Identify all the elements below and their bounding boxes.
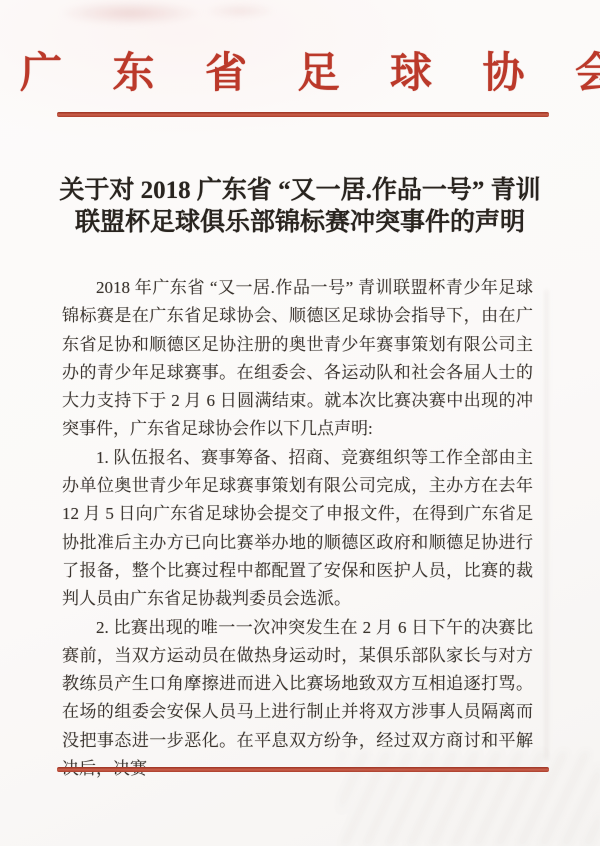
document-title-line2: 联盟杯足球俱乐部锦标赛冲突事件的声明 <box>75 209 525 236</box>
document-title-line1: 关于对 2018 广东省 “又一居.作品一号” 青训 <box>59 177 540 204</box>
scan-artifact-top-smudge <box>60 1 200 25</box>
document-title: 关于对 2018 广东省 “又一居.作品一号” 青训 联盟杯足球俱乐部锦标赛冲突… <box>28 175 572 239</box>
organization-letterhead: 广 东 省 足 球 协 会 <box>0 40 600 100</box>
scan-artifact-corner-shadow <box>340 751 600 846</box>
document-body: 2018 年广东省 “又一居.作品一号” 青训联盟杯青少年足球锦标赛是在广东省足… <box>62 274 533 783</box>
scan-artifact-top-smudge-2 <box>205 3 275 19</box>
paragraph-introduction: 2018 年广东省 “又一居.作品一号” 青训联盟杯青少年足球锦标赛是在广东省足… <box>62 274 533 444</box>
scan-artifact-edge-shadow <box>545 290 548 760</box>
document-page: 广 东 省 足 球 协 会 关于对 2018 广东省 “又一居.作品一号” 青训… <box>0 0 600 846</box>
letterhead-divider-rule <box>57 112 549 117</box>
paragraph-statement-point-1: 1. 队伍报名、赛事筹备、招商、竞赛组织等工作全部由主办单位奥世青少年足球赛事策… <box>62 444 533 614</box>
